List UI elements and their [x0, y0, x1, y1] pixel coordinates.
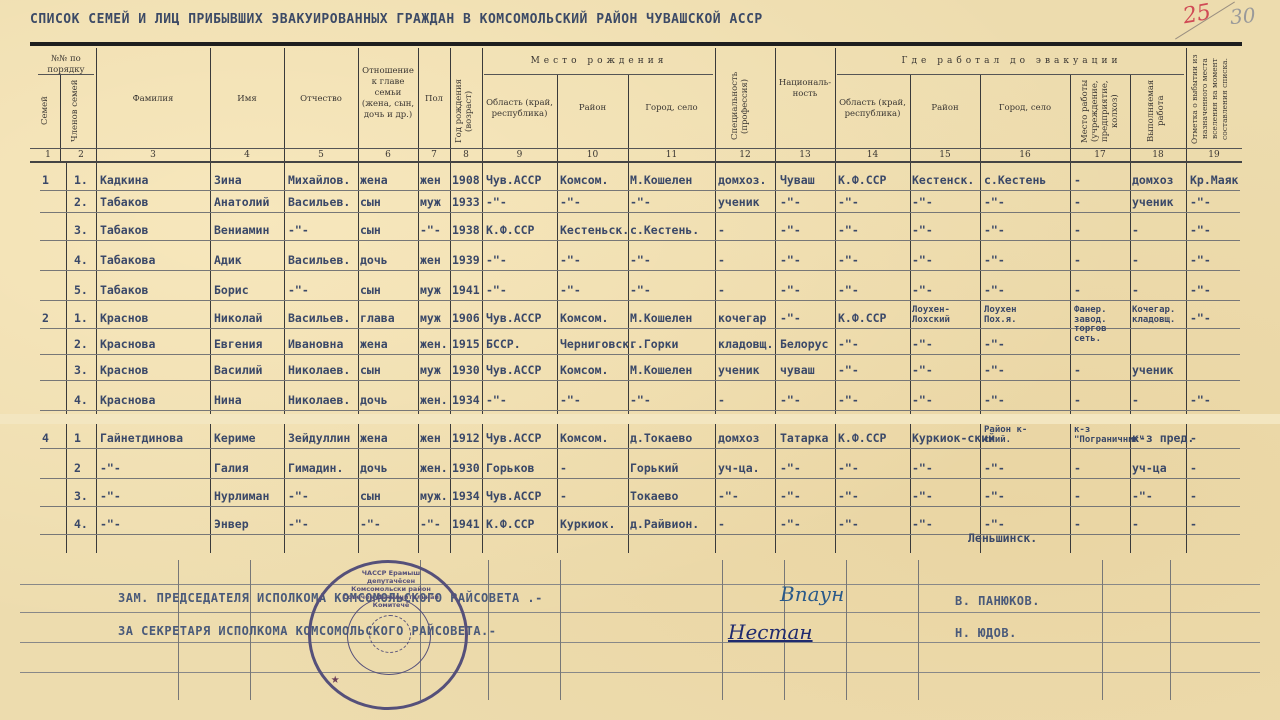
cell-w-district: Кестенск.	[912, 174, 974, 186]
colnum-1: 1	[36, 150, 60, 162]
row-divider	[40, 534, 1240, 535]
cell-patronymic: Васильев.	[288, 196, 350, 208]
cell-name: Кериме	[214, 432, 256, 444]
cell-b-district: -"-	[560, 284, 581, 296]
cell-nationality: -"-	[780, 196, 801, 208]
cell-b-city: М.Кошелен	[630, 364, 692, 376]
cell-name: Василий	[214, 364, 262, 376]
cell-departed: -	[1190, 462, 1197, 474]
cell-name: Нина	[214, 394, 242, 406]
cell-w-place: Фанер. завод. торгов сеть.	[1074, 306, 1134, 344]
cell-surname: Табаков	[100, 284, 148, 296]
cell-patronymic: Николаев.	[288, 394, 350, 406]
cell-w-city: Лоухен Пох.я.	[984, 306, 1044, 325]
cell-relation: сын	[360, 490, 381, 502]
cell-w-district: -"-	[912, 394, 933, 406]
cell-w-job: -"-	[1132, 490, 1153, 502]
cell-b-district: Куркиок.	[560, 518, 615, 530]
header-col-work-city: Город, село	[980, 103, 1070, 114]
cell-w-place: -	[1074, 518, 1081, 530]
colnum-6: 6	[358, 150, 418, 162]
signer-name-1: В. ПАНЮКОВ.	[955, 594, 1040, 608]
cell-b-city: М.Кошелен	[630, 312, 692, 324]
cell-b-city: -"-	[630, 394, 651, 406]
cell-mem: 2	[74, 462, 81, 474]
cell-name: Анатолий	[214, 196, 269, 208]
header-col-profession: Специальность (профессия)	[730, 68, 758, 144]
cell-w-place: -	[1074, 364, 1081, 376]
colnum-14: 14	[835, 150, 910, 162]
cell-profession: -	[718, 284, 725, 296]
cell-year: 1941	[452, 518, 480, 530]
cell-departed: -"-	[1190, 196, 1211, 208]
header-col-work-region: Область (край, республика)	[835, 98, 910, 120]
document-title: СПИСОК СЕМЕЙ И ЛИЦ ПРИБЫВШИХ ЭВАКУИРОВАН…	[30, 12, 763, 27]
cell-w-region: К.Ф.ССР	[838, 432, 886, 444]
cell-b-region: БССР.	[486, 338, 521, 350]
cell-surname: -"-	[100, 518, 121, 530]
cell-sex: муж	[420, 196, 441, 208]
cell-w-district: -"-	[912, 518, 933, 530]
header-col-birth-district: Район	[557, 103, 628, 114]
cell-w-region: -"-	[838, 254, 859, 266]
cell-fam: 4	[42, 432, 49, 444]
cell-patronymic: -"-	[288, 284, 309, 296]
cell-w-job: уч-ца	[1132, 462, 1167, 474]
cell-w-job: к-з пред.	[1132, 432, 1194, 444]
cell-b-city: -"-	[630, 196, 651, 208]
cell-departed: -	[1190, 490, 1197, 502]
colnum-8: 8	[450, 150, 482, 162]
row-divider	[40, 212, 1240, 213]
cell-b-region: Горьков	[486, 462, 534, 474]
cell-patronymic: Васильев.	[288, 254, 350, 266]
cell-b-region: -"-	[486, 394, 507, 406]
colnum-7: 7	[418, 150, 450, 162]
cell-relation: сын	[360, 284, 381, 296]
header-col-name: Имя	[210, 94, 284, 105]
header-group-birthplace: Место рождения	[484, 56, 714, 66]
cell-w-place: -	[1074, 284, 1081, 296]
cell-departed: -"-	[1190, 254, 1211, 266]
cell-profession: кладовщ.	[718, 338, 773, 350]
cell-w-region: -"-	[838, 394, 859, 406]
row-divider	[40, 270, 1240, 271]
cell-profession: -	[718, 518, 725, 530]
cell-year: 1941	[452, 284, 480, 296]
cell-patronymic: Зейдуллин	[288, 432, 350, 444]
cell-profession: ученик	[718, 364, 760, 376]
cell-w-region: К.Ф.ССР	[838, 312, 886, 324]
cell-patronymic: -"-	[288, 490, 309, 502]
cell-name: Нурлиман	[214, 490, 269, 502]
cell-mem: 3.	[74, 224, 88, 236]
cell-b-district: Комсом.	[560, 174, 608, 186]
cell-b-region: -"-	[486, 196, 507, 208]
cell-mem: 2.	[74, 196, 88, 208]
cell-nationality: Белорус	[780, 338, 828, 350]
cell-w-job: -	[1132, 224, 1139, 236]
cell-nationality: -"-	[780, 284, 801, 296]
cell-departed: Кр.Маяк	[1190, 174, 1238, 186]
colnum-16: 16	[980, 150, 1070, 162]
cell-nationality: -"-	[780, 254, 801, 266]
cell-b-city: -"-	[630, 284, 651, 296]
cell-year: 1938	[452, 224, 480, 236]
cell-patronymic: Гимадин.	[288, 462, 343, 474]
cell-w-place: к-з "Пограничник"	[1074, 426, 1134, 445]
header-col-nationality: Националь-ность	[775, 78, 835, 100]
cell-w-place: -	[1074, 394, 1081, 406]
cell-sex: муж	[420, 284, 441, 296]
cell-year: 1934	[452, 490, 480, 502]
cell-profession: -	[718, 254, 725, 266]
cell-departed: -"-	[1190, 284, 1211, 296]
cell-relation: жена	[360, 174, 388, 186]
cell-relation: -"-	[360, 518, 381, 530]
cell-b-district: Комсом.	[560, 432, 608, 444]
cell-b-city: д.Райвион.	[630, 518, 699, 530]
cell-b-city: с.Кестень.	[630, 224, 699, 236]
cell-w-place: -	[1074, 254, 1081, 266]
cell-w-district: -"-	[912, 338, 933, 350]
cell-sex: жен.	[420, 338, 448, 350]
cell-surname: Табаков	[100, 196, 148, 208]
cell-w-place: -	[1074, 462, 1081, 474]
cell-year: 1906	[452, 312, 480, 324]
top-rule	[30, 42, 1242, 46]
cell-b-city: М.Кошелен	[630, 174, 692, 186]
cell-departed: -"-	[1190, 224, 1211, 236]
row-divider	[40, 410, 1240, 411]
header-col-families: Семей	[40, 78, 54, 144]
cell-mem: 4.	[74, 518, 88, 530]
cell-b-region: -"-	[486, 284, 507, 296]
cell-sex: жен.	[420, 394, 448, 406]
cell-b-city: -"-	[630, 254, 651, 266]
cell-b-region: Чув.АССР	[486, 490, 541, 502]
cell-relation: дочь	[360, 394, 388, 406]
cell-name: Адик	[214, 254, 242, 266]
cell-patronymic: Васильев.	[288, 312, 350, 324]
colnum-9: 9	[482, 150, 557, 162]
cell-nationality: -"-	[780, 224, 801, 236]
cell-mem: 3.	[74, 364, 88, 376]
signature-1: Впаун	[780, 582, 844, 606]
cell-surname: Табаков	[100, 224, 148, 236]
row-divider	[40, 448, 1240, 449]
header-col-patronymic: Отчество	[284, 94, 358, 105]
cell-w-city: Район к-ский.	[984, 426, 1044, 445]
table-header: №№ по порядку Место рождения Где работал…	[30, 48, 1242, 162]
cell-b-city: Токаево	[630, 490, 678, 502]
cell-w-district: Лоухен-Лохский	[912, 306, 972, 325]
cell-year: 1915	[452, 338, 480, 350]
header-col-year: Год рождения (возраст)	[454, 78, 478, 144]
cell-name: Вениамин	[214, 224, 269, 236]
cell-sex: муж	[420, 364, 441, 376]
cell-profession: домхоз.	[718, 174, 766, 186]
cell-departed: -	[1190, 518, 1197, 530]
cell-mem: 3.	[74, 490, 88, 502]
cell-sex: -"-	[420, 518, 441, 530]
colnum-15: 15	[910, 150, 980, 162]
cell-w-city: -"-	[984, 394, 1005, 406]
cell-patronymic: -"-	[288, 518, 309, 530]
cell-profession: домхоз	[718, 432, 760, 444]
cell-year: 1930	[452, 364, 480, 376]
cell-b-region: Чув.АССР	[486, 364, 541, 376]
annotation-lenshinsk: Леньшинск.	[968, 532, 1037, 544]
cell-nationality: -"-	[780, 394, 801, 406]
cell-w-district: -"-	[912, 224, 933, 236]
header-col-birth-region: Область (край, республика)	[482, 98, 557, 120]
cell-surname: Краснов	[100, 364, 148, 376]
cell-profession: кочегар	[718, 312, 766, 324]
cell-nationality: чуваш	[780, 364, 815, 376]
header-col-workplace: Место работы (учреждение, предприятие, к…	[1080, 76, 1122, 146]
row-divider	[40, 300, 1240, 301]
cell-w-district: -"-	[912, 462, 933, 474]
cell-w-district: -"-	[912, 364, 933, 376]
row-divider	[40, 190, 1240, 191]
cell-w-city: -"-	[984, 518, 1005, 530]
cell-relation: сын	[360, 224, 381, 236]
cell-w-city: -"-	[984, 338, 1005, 350]
cell-w-district: Куркиок-ский	[912, 432, 995, 444]
cell-patronymic: Михайлов.	[288, 174, 350, 186]
cell-w-district: -"-	[912, 284, 933, 296]
colnum-19: 19	[1186, 150, 1242, 162]
cell-w-job: домхоз	[1132, 174, 1174, 186]
cell-relation: дочь	[360, 254, 388, 266]
cell-w-region: -"-	[838, 196, 859, 208]
header-group-work: Где работал до эвакуации	[837, 56, 1186, 66]
cell-w-city: -"-	[984, 284, 1005, 296]
cell-b-district: -	[560, 462, 567, 474]
cell-b-region: Чув.АССР	[486, 432, 541, 444]
cell-nationality: -"-	[780, 312, 801, 324]
cell-w-region: -"-	[838, 224, 859, 236]
cell-name: Евгения	[214, 338, 262, 350]
cell-sex: жен.	[420, 462, 448, 474]
cell-sex: жен	[420, 254, 441, 266]
cell-b-city: г.Горки	[630, 338, 678, 350]
cell-w-place: -	[1074, 224, 1081, 236]
colnum-18: 18	[1130, 150, 1186, 162]
cell-b-district: Комсом.	[560, 312, 608, 324]
cell-profession: ученик	[718, 196, 760, 208]
cell-departed: -"-	[1190, 394, 1211, 406]
cell-nationality: -"-	[780, 518, 801, 530]
cell-nationality: Чуваш	[780, 174, 815, 186]
colnum-3: 3	[96, 150, 210, 162]
cell-w-job: -	[1132, 394, 1139, 406]
row-divider	[40, 354, 1240, 355]
cell-profession: уч-ца.	[718, 462, 760, 474]
header-col-members: Членов семей	[70, 78, 84, 144]
cell-name: Галия	[214, 462, 249, 474]
cell-year: 1908	[452, 174, 480, 186]
cell-relation: сын	[360, 364, 381, 376]
cell-profession: -"-	[718, 490, 739, 502]
cell-w-job: ученик	[1132, 196, 1174, 208]
cell-b-district: Черниговск.	[560, 338, 636, 350]
cell-surname: Табакова	[100, 254, 155, 266]
header-num-group: №№ по порядку	[36, 54, 96, 76]
cell-mem: 4.	[74, 254, 88, 266]
cell-w-job: -	[1132, 254, 1139, 266]
cell-b-region: -"-	[486, 254, 507, 266]
cell-w-city: -"-	[984, 224, 1005, 236]
header-col-job: Выполняемая работа	[1146, 76, 1170, 146]
cell-w-region: К.Ф.ССР	[838, 174, 886, 186]
row-divider	[40, 380, 1240, 381]
cell-w-city: с.Кестень	[984, 174, 1046, 186]
cell-nationality: Татарка	[780, 432, 828, 444]
cell-w-job: ученик	[1132, 364, 1174, 376]
colnum-4: 4	[210, 150, 284, 162]
cell-w-district: -"-	[912, 490, 933, 502]
cell-patronymic: -"-	[288, 224, 309, 236]
cell-w-job: -	[1132, 518, 1139, 530]
cell-patronymic: Николаев.	[288, 364, 350, 376]
cell-w-city: -"-	[984, 462, 1005, 474]
cell-surname: Краснова	[100, 394, 155, 406]
colnum-11: 11	[628, 150, 715, 162]
cell-w-city: -"-	[984, 364, 1005, 376]
cell-nationality: -"-	[780, 462, 801, 474]
signature-2: Нестан	[728, 620, 813, 644]
coat-of-arms-icon	[369, 615, 411, 653]
cell-mem: 1	[74, 432, 81, 444]
cell-w-district: -"-	[912, 196, 933, 208]
cell-b-region: К.Ф.ССР	[486, 224, 534, 236]
cell-w-region: -"-	[838, 364, 859, 376]
cell-name: Зина	[214, 174, 242, 186]
cell-sex: жен	[420, 432, 441, 444]
colnum-2: 2	[66, 150, 96, 162]
cell-w-city: -"-	[984, 196, 1005, 208]
cell-departed: -"-	[1190, 312, 1211, 324]
colnum-17: 17	[1070, 150, 1130, 162]
cell-b-region: Чув.АССР	[486, 312, 541, 324]
cell-w-district: -"-	[912, 254, 933, 266]
row-divider	[40, 506, 1240, 507]
cell-relation: глава	[360, 312, 395, 324]
cell-mem: 1.	[74, 312, 88, 324]
cell-surname: Краснов	[100, 312, 148, 324]
cell-w-region: -"-	[838, 490, 859, 502]
cell-w-job: -	[1132, 284, 1139, 296]
cell-fam: 2	[42, 312, 49, 324]
cell-mem: 4.	[74, 394, 88, 406]
cell-w-region: -"-	[838, 518, 859, 530]
star-icon: ★	[331, 671, 339, 687]
official-seal-stamp: ЧАССР Ерамыш депутачӗсен Комсомольски ра…	[308, 560, 468, 710]
cell-surname: -"-	[100, 490, 121, 502]
cell-b-district: Кестеньск.	[560, 224, 629, 236]
cell-b-city: Горький	[630, 462, 678, 474]
cell-relation: жена	[360, 432, 388, 444]
cell-mem: 1.	[74, 174, 88, 186]
cell-name: Николай	[214, 312, 262, 324]
cell-b-district: -"-	[560, 196, 581, 208]
document-page: СПИСОК СЕМЕЙ И ЛИЦ ПРИБЫВШИХ ЭВАКУИРОВАН…	[0, 0, 1280, 720]
cell-profession: -	[718, 224, 725, 236]
cell-surname: -"-	[100, 462, 121, 474]
cell-w-place: -	[1074, 174, 1081, 186]
row-divider	[40, 328, 1240, 329]
row-divider	[40, 240, 1240, 241]
cell-w-city: -"-	[984, 254, 1005, 266]
colnum-5: 5	[284, 150, 358, 162]
page-number-grey: 30	[1229, 3, 1256, 29]
cell-mem: 5.	[74, 284, 88, 296]
colnum-10: 10	[557, 150, 628, 162]
header-col-surname: Фамилия	[96, 94, 210, 105]
cell-w-job: Кочегар. кладовщ.	[1132, 306, 1192, 325]
cell-b-district: -	[560, 490, 567, 502]
cell-b-region: К.Ф.ССР	[486, 518, 534, 530]
cell-relation: сын	[360, 196, 381, 208]
cell-sex: -"-	[420, 224, 441, 236]
cell-w-region: -"-	[838, 338, 859, 350]
cell-year: 1939	[452, 254, 480, 266]
header-col-departed: Отметка о выбытии из назначенного места …	[1190, 52, 1240, 146]
cell-surname: Гайнетдинова	[100, 432, 183, 444]
header-col-sex: Пол	[418, 94, 450, 105]
cell-w-place: -	[1074, 196, 1081, 208]
colnum-13: 13	[775, 150, 835, 162]
signer-name-2: Н. ЮДОВ.	[955, 626, 1017, 640]
cell-surname: Краснова	[100, 338, 155, 350]
row-divider	[40, 478, 1240, 479]
cell-profession: -	[718, 394, 725, 406]
cell-b-district: Комсом.	[560, 364, 608, 376]
cell-year: 1930	[452, 462, 480, 474]
header-col-work-district: Район	[910, 103, 980, 114]
cell-w-place: -	[1074, 490, 1081, 502]
cell-w-region: -"-	[838, 284, 859, 296]
cell-year: 1934	[452, 394, 480, 406]
cell-patronymic: Ивановна	[288, 338, 343, 350]
cell-relation: дочь	[360, 462, 388, 474]
cell-w-region: -"-	[838, 462, 859, 474]
cell-b-city: д.Токаево	[630, 432, 692, 444]
cell-b-district: -"-	[560, 394, 581, 406]
cell-name: Борис	[214, 284, 249, 296]
header-col-birth-city: Город, село	[628, 103, 715, 114]
cell-fam: 1	[42, 174, 49, 186]
cell-nationality: -"-	[780, 490, 801, 502]
cell-sex: муж	[420, 312, 441, 324]
cell-b-region: Чув.АССР	[486, 174, 541, 186]
cell-departed: -	[1190, 432, 1197, 444]
header-col-relation: Отношение к главе семьи (жена, сын, дочь…	[360, 66, 416, 121]
scan-seam	[0, 414, 1280, 424]
cell-year: 1933	[452, 196, 480, 208]
cell-mem: 2.	[74, 338, 88, 350]
cell-name: Энвер	[214, 518, 249, 530]
colnum-12: 12	[715, 150, 775, 162]
cell-relation: жена	[360, 338, 388, 350]
cell-year: 1912	[452, 432, 480, 444]
cell-sex: жен	[420, 174, 441, 186]
cell-surname: Кадкина	[100, 174, 148, 186]
cell-sex: муж.	[420, 490, 448, 502]
cell-b-district: -"-	[560, 254, 581, 266]
